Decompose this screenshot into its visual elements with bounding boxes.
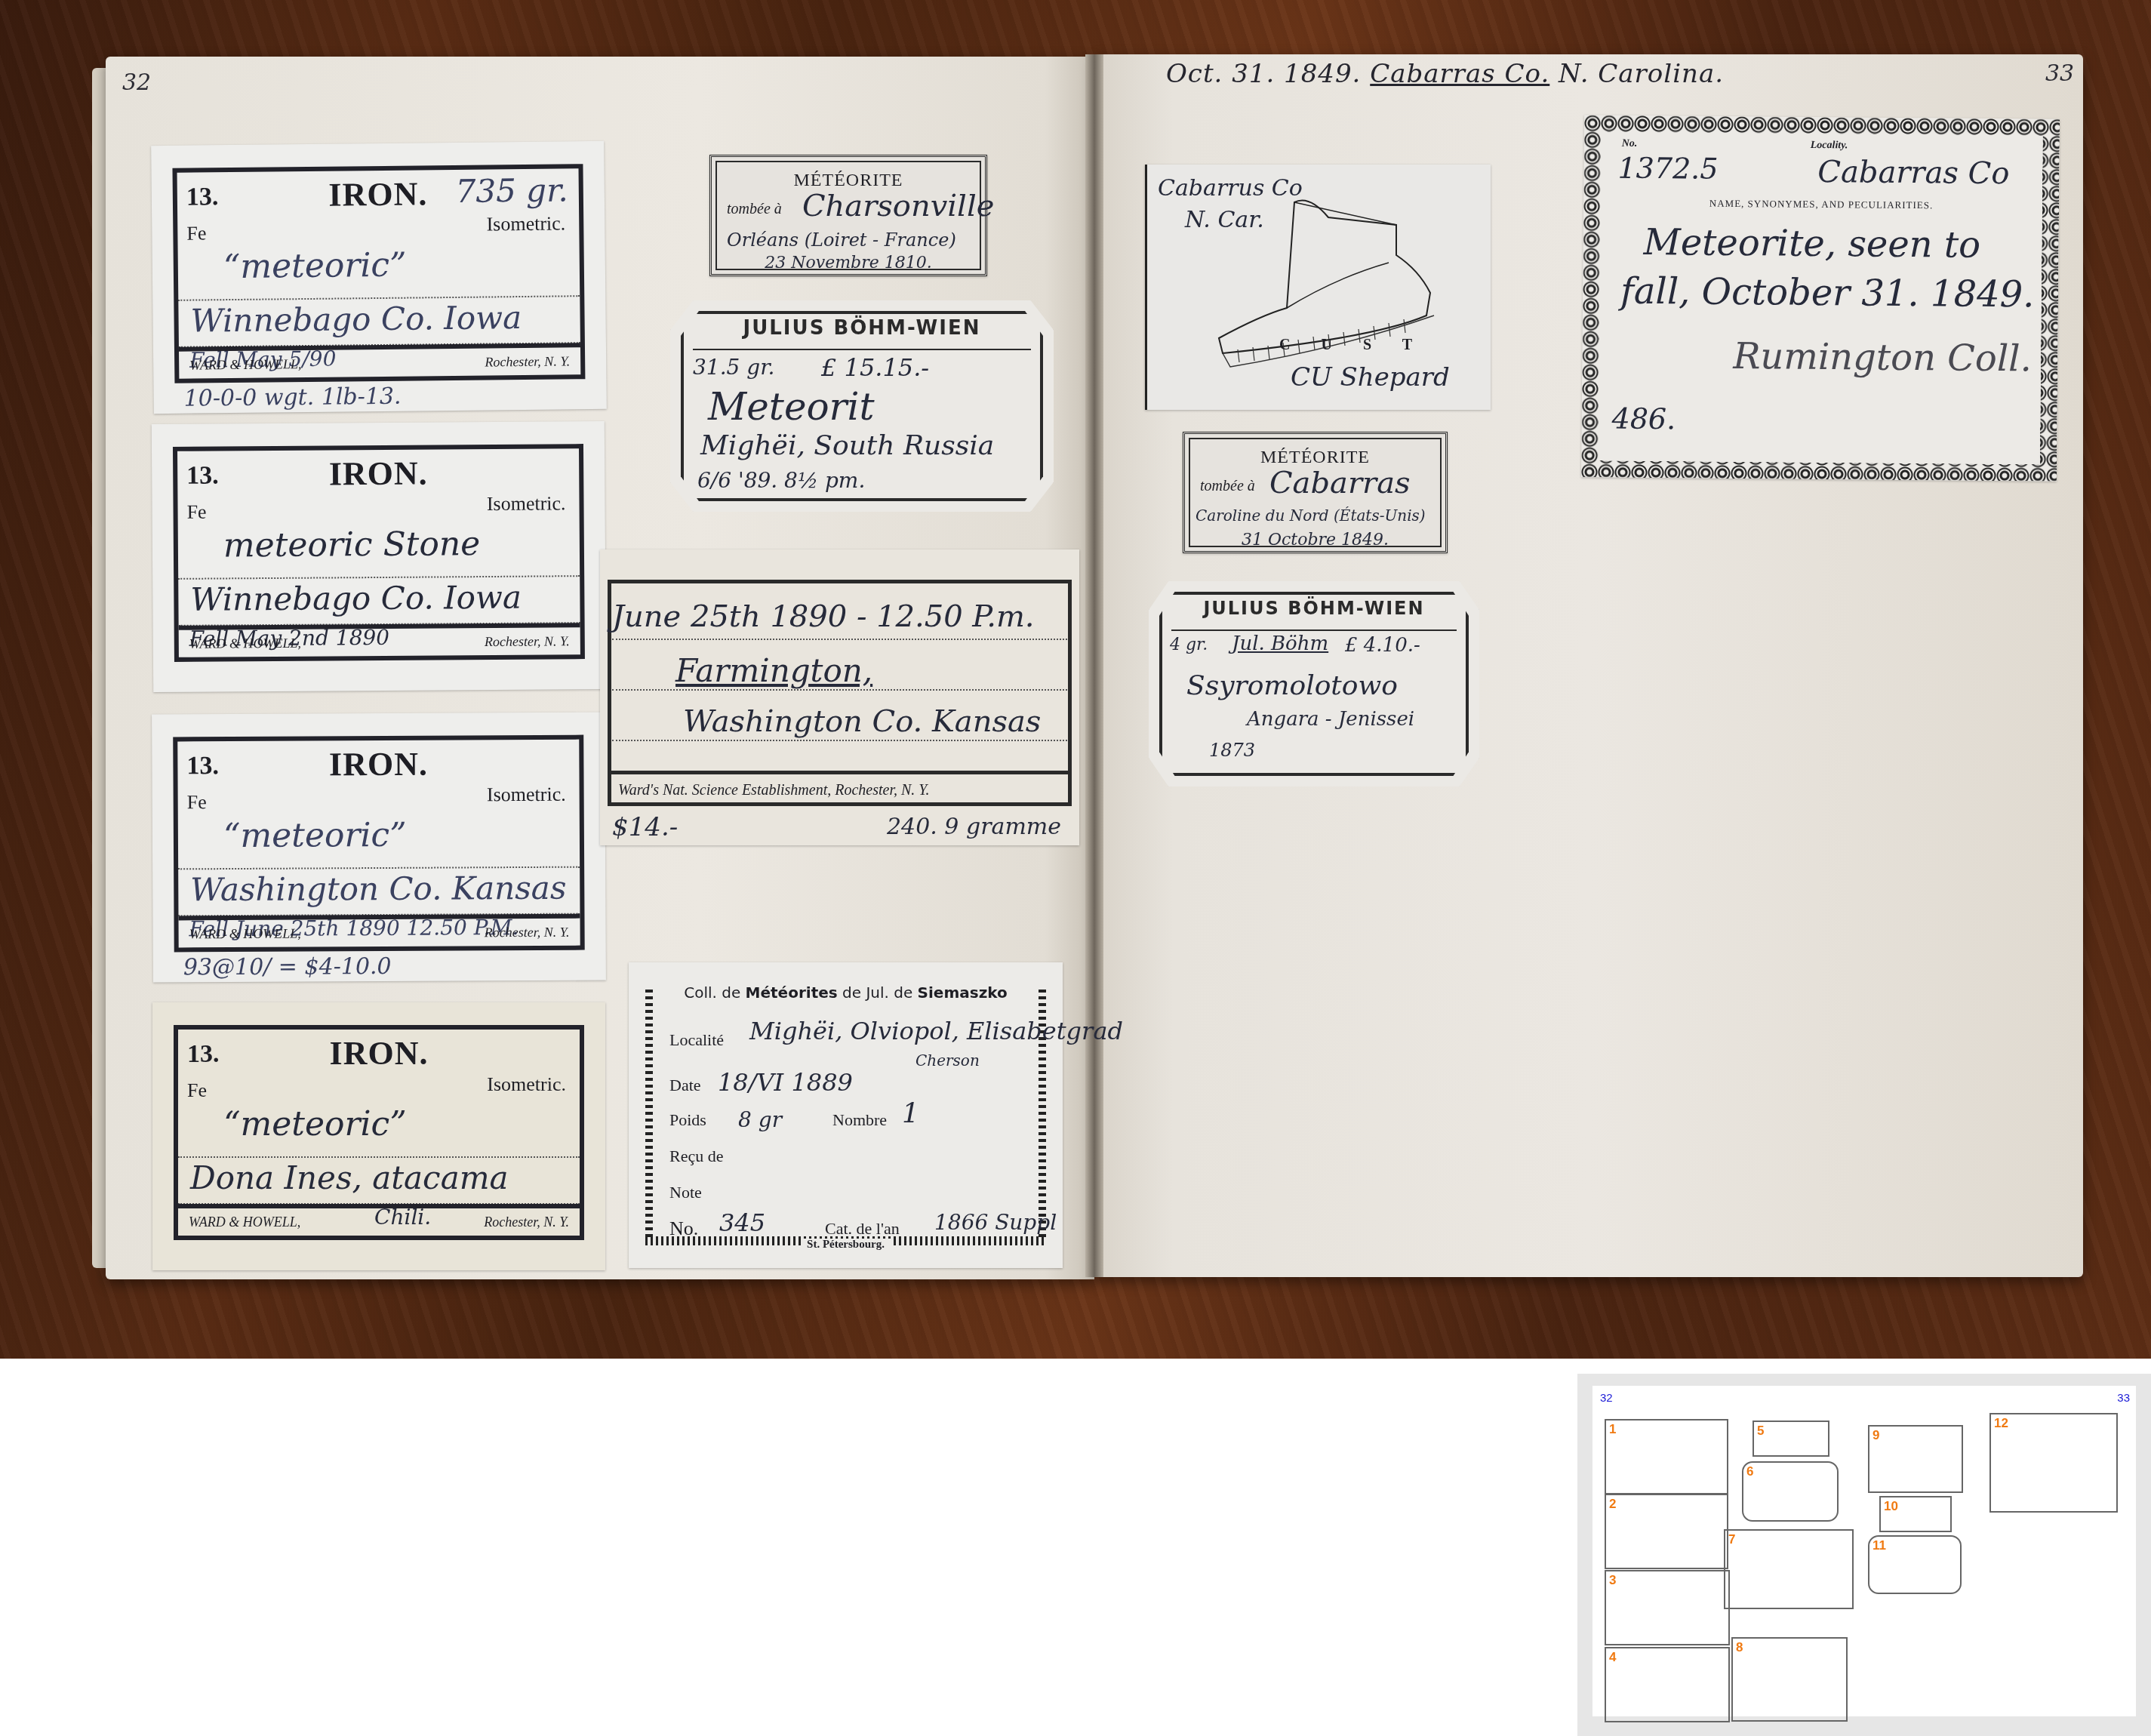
label-weight: 735 gr. bbox=[455, 171, 568, 210]
label-line2: Winnebago Co. Iowa bbox=[190, 299, 522, 340]
header-bold: Météorites bbox=[746, 983, 838, 1002]
box-number: 11 bbox=[1873, 1538, 1886, 1553]
label-footer: WARD & HOWELL, Rochester, N. Y. bbox=[179, 623, 580, 657]
label-line2: Dona Ines, atacama bbox=[190, 1159, 509, 1196]
label-system: Isometric. bbox=[487, 1073, 566, 1096]
box-number: 3 bbox=[1609, 1573, 1616, 1588]
label-symbol: Fe bbox=[186, 222, 206, 245]
box-number: 8 bbox=[1736, 1640, 1743, 1655]
label-city: Rochester, N. Y. bbox=[484, 1214, 569, 1230]
weight-label: Poids bbox=[669, 1110, 706, 1130]
label-maker: WARD & HOWELL, bbox=[189, 1214, 300, 1230]
locality-value: Angara - Jenissei bbox=[1247, 708, 1414, 731]
locality-card: No. 1372.5 Locality. Cabarras Co NAME, S… bbox=[1581, 115, 2060, 481]
header-text: Coll. de bbox=[684, 983, 740, 1002]
label-title: IRON. bbox=[178, 1034, 580, 1073]
map-left-page-number: 32 bbox=[1600, 1392, 1613, 1405]
header-rule bbox=[1171, 629, 1457, 631]
dotted-line bbox=[612, 689, 1067, 691]
label-line2: Winnebago Co. Iowa bbox=[190, 579, 522, 618]
bohm-mighei-label: JULIUS BÖHM-WIEN 31.5 gr. £ 15.15.- Mete… bbox=[670, 300, 1054, 512]
right-page-number: 33 bbox=[2045, 60, 2074, 87]
label-header: Coll. de Météorites de Jul. de Siemaszko bbox=[629, 983, 1063, 1002]
header-text: de Jul. de bbox=[842, 983, 912, 1002]
place-value: Cabarras bbox=[1269, 466, 1411, 500]
label-symbol: Fe bbox=[187, 791, 207, 814]
label-title: MÉTÉORITE bbox=[1185, 448, 1445, 468]
region-value: Orléans (Loiret - France) bbox=[727, 229, 956, 251]
box-number: 1 bbox=[1609, 1422, 1616, 1437]
map-box-9: 9 bbox=[1868, 1425, 1963, 1493]
map-box-4: 4 bbox=[1605, 1647, 1730, 1722]
label-frame: 13. IRON. Fe Isometric. meteoric Stone W… bbox=[173, 444, 585, 662]
label-footer: WARD & HOWELL, Rochester, N. Y. bbox=[178, 1204, 580, 1236]
map-sheet: 32 33 1 2 3 4 5 6 7 8 9 10 11 12 bbox=[1592, 1386, 2136, 1716]
dotted-line bbox=[178, 1156, 580, 1158]
label-title: MÉTÉORITE bbox=[712, 171, 985, 191]
book-gutter bbox=[1085, 54, 1103, 1277]
label-system: Isometric. bbox=[487, 783, 566, 807]
decorative-border bbox=[645, 990, 653, 1241]
map-box-3: 3 bbox=[1605, 1570, 1730, 1645]
date-label: Date bbox=[669, 1076, 701, 1095]
number-label: No. bbox=[669, 1217, 698, 1240]
cabarras-label: MÉTÉORITE tombée à Cabarras Caroline du … bbox=[1183, 432, 1448, 553]
label-city: Rochester, N. Y. bbox=[485, 353, 570, 370]
label-footer: WARD & HOWELL, Rochester, N. Y. bbox=[179, 343, 580, 379]
siemaszko-label: Coll. de Météorites de Jul. de Siemaszko… bbox=[629, 962, 1063, 1268]
card-line1: Meteorite, seen to bbox=[1643, 221, 1980, 266]
charsonville-label: MÉTÉORITE tombée à Charsonville Orléans … bbox=[709, 155, 987, 276]
locality-value-2: Cherson bbox=[915, 1051, 980, 1070]
place-value: Charsonville bbox=[802, 189, 994, 223]
weight-value: 8 gr bbox=[738, 1107, 782, 1132]
fell-at-label: tombée à bbox=[727, 201, 782, 218]
label-maker: WARD & HOWELL, bbox=[189, 356, 301, 374]
date-line: June 25th 1890 - 12.50 P.m. bbox=[612, 599, 1035, 634]
label-note-below: 10-0-0 wgt. 1lb-13. bbox=[183, 383, 401, 412]
label-header: JULIUS BÖHM-WIEN bbox=[670, 317, 1054, 340]
map-box-11: 11 bbox=[1868, 1535, 1962, 1594]
shepard-sketch: Cabarrus Co N. Car. C U S T CU Shepard bbox=[1145, 165, 1491, 410]
dotted-line bbox=[612, 740, 1067, 741]
weight-value: 31.5 gr. bbox=[693, 355, 774, 380]
count-value: 1 bbox=[902, 1098, 919, 1129]
label-footer: Ward's Nat. Science Establishment, Roche… bbox=[608, 771, 1072, 806]
dealer-signature: Jul. Böhm bbox=[1232, 633, 1328, 655]
price-value: £ 15.15.- bbox=[821, 353, 929, 382]
price-value: £ 4.10.- bbox=[1345, 634, 1420, 657]
date-value: 23 Novembre 1810. bbox=[712, 254, 985, 272]
label-footer: WARD & HOWELL, Rochester, N. Y. bbox=[178, 914, 580, 948]
received-label: Reçu de bbox=[669, 1147, 723, 1166]
box-number: 6 bbox=[1746, 1464, 1753, 1479]
date-value: 31 Octobre 1849. bbox=[1185, 531, 1445, 549]
label-maker: WARD & HOWELL, bbox=[189, 925, 301, 942]
dotted-line bbox=[612, 639, 1067, 640]
album-photo: 32 33 Oct. 31. 1849. Cabarras Co. N. Car… bbox=[0, 0, 2151, 1359]
label-line2: Washington Co. Kansas bbox=[190, 870, 566, 909]
iron-label-2: 13. IRON. Fe Isometric. meteoric Stone W… bbox=[152, 421, 606, 692]
map-box-10: 10 bbox=[1879, 1496, 1952, 1532]
label-system: Isometric. bbox=[486, 212, 565, 235]
catalog-value: 1866 Suppl bbox=[934, 1210, 1057, 1235]
map-box-5: 5 bbox=[1752, 1421, 1829, 1457]
label-city: Rochester, N. Y. bbox=[485, 924, 570, 940]
map-box-8: 8 bbox=[1731, 1637, 1848, 1722]
sketch-letters: C U S T bbox=[1279, 337, 1426, 354]
map-box-12: 12 bbox=[1989, 1413, 2118, 1513]
label-title: IRON. bbox=[177, 453, 579, 494]
label-line1: “meteoric” bbox=[223, 816, 407, 855]
label-line1: “meteoric” bbox=[223, 1105, 407, 1143]
label-frame: 13. IRON. Fe Isometric. “meteoric” Dona … bbox=[174, 1025, 584, 1240]
number-value: 345 bbox=[719, 1208, 765, 1237]
year-value: 1873 bbox=[1209, 740, 1255, 761]
count-label: Nombre bbox=[832, 1110, 887, 1130]
map-right-page-number: 33 bbox=[2117, 1392, 2130, 1405]
card-line3: Rumington Coll. bbox=[1733, 335, 2032, 380]
locality-value: Cabarras Co bbox=[1817, 155, 2009, 191]
box-number: 5 bbox=[1757, 1424, 1764, 1439]
county-line: Washington Co. Kansas bbox=[683, 704, 1041, 739]
map-box-1: 1 bbox=[1605, 1419, 1728, 1494]
weight-value: 4 gr. bbox=[1170, 636, 1208, 654]
label-city: St. Pétersbourg. bbox=[629, 1239, 1063, 1251]
locality-value: Mighëi, South Russia bbox=[700, 430, 994, 461]
iron-label-4: 13. IRON. Fe Isometric. “meteoric” Dona … bbox=[152, 1002, 605, 1270]
locality-label: Localité bbox=[669, 1030, 724, 1050]
box-number: 7 bbox=[1728, 1532, 1735, 1547]
sketch-signature: CU Shepard bbox=[1291, 362, 1450, 392]
weight-note: 240. 9 gramme bbox=[887, 814, 1061, 840]
iron-label-1: 13. IRON. 735 gr. Fe Isometric. “meteori… bbox=[151, 141, 607, 414]
number-value: 1372.5 bbox=[1617, 152, 1718, 186]
label-note-below: 93@10/ = $4-10.0 bbox=[183, 953, 392, 980]
fell-at-label: tombée à bbox=[1200, 478, 1255, 495]
label-city: Rochester, N. Y. bbox=[485, 633, 570, 650]
name-value: Meteorit bbox=[708, 385, 875, 429]
bohm-syromolotowo-label: JULIUS BÖHM-WIEN 4 gr. Jul. Böhm £ 4.10.… bbox=[1149, 581, 1479, 786]
iron-label-3: 13. IRON. Fe Isometric. “meteoric” Washi… bbox=[152, 712, 606, 982]
note-label: Note bbox=[669, 1183, 702, 1202]
box-number: 9 bbox=[1873, 1428, 1879, 1443]
price-note: $14.- bbox=[612, 812, 678, 842]
farmington-label: June 25th 1890 - 12.50 P.m. Farmington, … bbox=[600, 549, 1079, 845]
label-symbol: Fe bbox=[187, 1079, 207, 1102]
label-frame: 13. IRON. Fe Isometric. “meteoric” Washi… bbox=[173, 735, 584, 953]
left-page-number: 32 bbox=[122, 69, 151, 96]
label-symbol: Fe bbox=[186, 501, 206, 524]
header-place: Cabarras Co. bbox=[1370, 59, 1549, 89]
label-frame: 13. IRON. 735 gr. Fe Isometric. “meteori… bbox=[172, 164, 585, 383]
header-rule bbox=[693, 349, 1031, 350]
header-date: Oct. 31. 1849. bbox=[1166, 59, 1361, 89]
date-value: 18/VI 1889 bbox=[718, 1068, 853, 1097]
region-value: Caroline du Nord (États-Unis) bbox=[1196, 506, 1426, 525]
box-number: 12 bbox=[1994, 1416, 2008, 1431]
box-number: 2 bbox=[1609, 1497, 1616, 1512]
box-number: 4 bbox=[1609, 1650, 1616, 1665]
label-layout-map: 32 33 1 2 3 4 5 6 7 8 9 10 11 12 bbox=[1577, 1374, 2151, 1736]
map-box-6: 6 bbox=[1742, 1461, 1839, 1522]
card-number: 486. bbox=[1611, 402, 1676, 436]
catalog-label: Cat. de l'an bbox=[825, 1219, 900, 1239]
map-box-2: 2 bbox=[1605, 1494, 1728, 1569]
box-number: 10 bbox=[1884, 1499, 1898, 1514]
label-maker: WARD & HOWELL, bbox=[189, 635, 301, 651]
number-label: No. bbox=[1622, 138, 1638, 150]
label-header: JULIUS BÖHM-WIEN bbox=[1149, 598, 1479, 619]
header-state: N. Carolina. bbox=[1559, 59, 1724, 89]
label-line1: meteoric Stone bbox=[223, 525, 481, 565]
right-page-header: Oct. 31. 1849. Cabarras Co. N. Carolina. bbox=[1166, 59, 1724, 89]
card-line2: fall, October 31. 1849. bbox=[1620, 270, 2035, 316]
map-box-7: 7 bbox=[1724, 1529, 1854, 1609]
date-value: 6/6 '89. 8½ pm. bbox=[697, 468, 865, 493]
header-bold: Siemaszko bbox=[918, 983, 1008, 1002]
label-line1: “meteoric” bbox=[223, 246, 407, 287]
label-system: Isometric. bbox=[487, 492, 566, 516]
locality-label: Locality. bbox=[1811, 140, 1848, 152]
place-line: Farmington, bbox=[675, 652, 872, 689]
label-title: IRON. bbox=[177, 744, 579, 785]
name-value: Ssyromolotowo bbox=[1186, 670, 1398, 701]
locality-value: Mighëi, Olviopol, Elisabetgrad bbox=[749, 1017, 1123, 1045]
city-text: St. Pétersbourg. bbox=[801, 1239, 891, 1251]
